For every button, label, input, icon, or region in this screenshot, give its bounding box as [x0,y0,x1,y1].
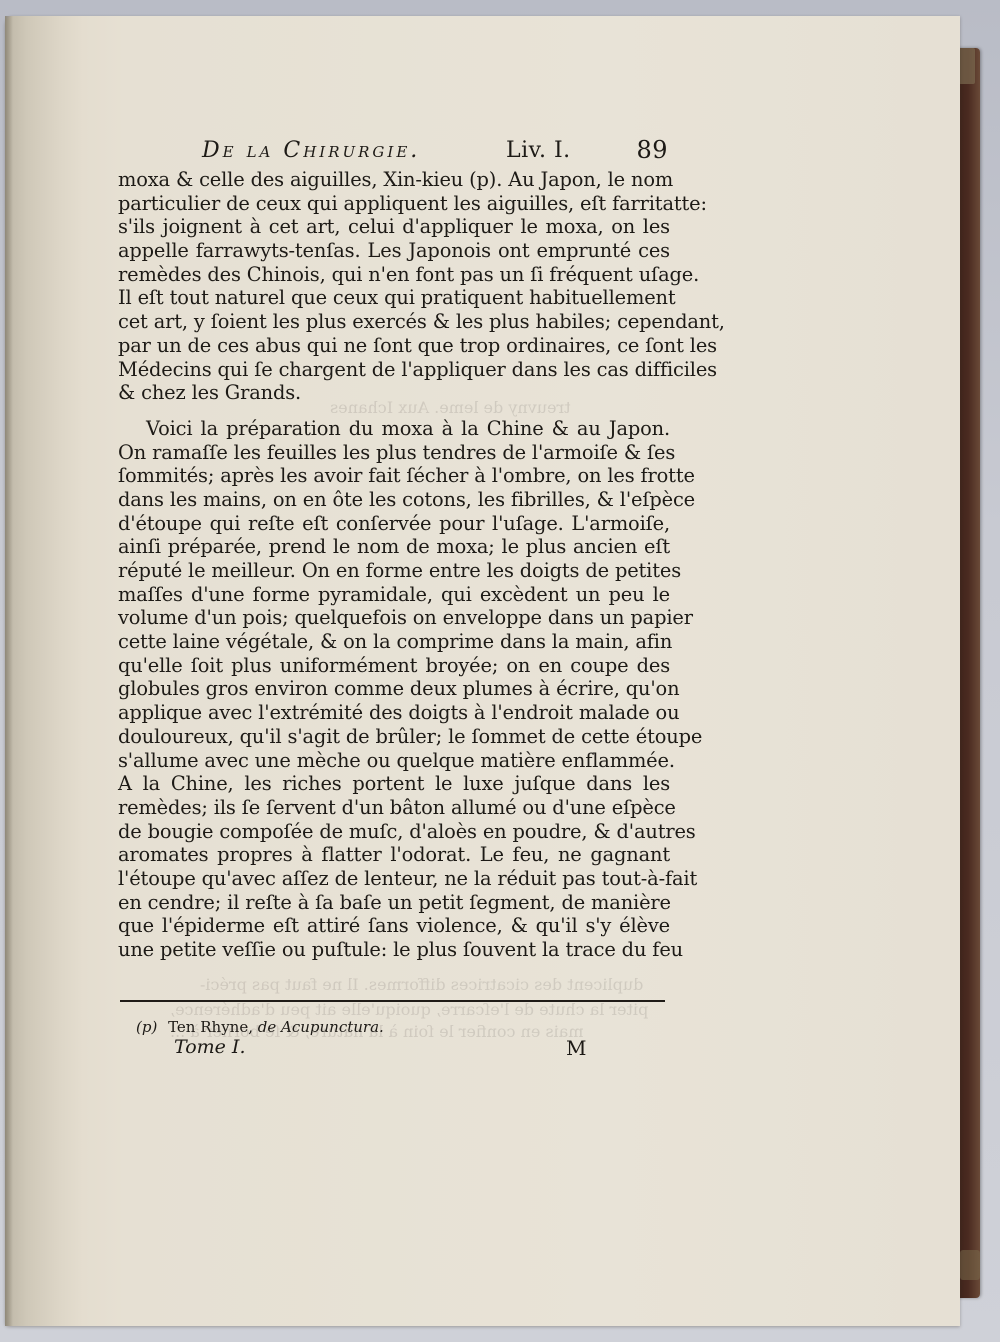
page-number: 89 [636,136,668,164]
text-line: aromates propres à flatter l'odorat. Le … [118,843,670,867]
footnote-mark: (p) [136,1018,157,1036]
footnote: (p) Ten Rhyne, de Acupunctura. [136,1018,384,1036]
text-line: de bougie compoſée de muſc, d'aloès en p… [118,820,670,844]
text-line: une petite veſſie ou puſtule: le plus ſo… [118,938,670,962]
text-line: ainſi préparée, prend le nom de moxa; le… [118,535,670,559]
cover-corner-bottom [960,1250,980,1280]
text-line: volume d'un pois; quelquefois on envelop… [118,606,670,630]
text-line: qu'elle ſoit plus uniformément broyée; o… [118,654,670,678]
gutter-shadow [5,16,13,1326]
text-line: l'étoupe qu'avec aſſez de lenteur, ne la… [118,867,670,891]
paragraph: moxa & celle des aiguilles, Xin-kieu (p)… [118,168,670,405]
text-line: A la Chine, les riches portent le luxe j… [118,772,670,796]
footnote-rule [120,1000,665,1002]
signature-tome: Tome I. [174,1036,245,1058]
text-line: s'allume avec une mèche ou quelque matiè… [118,749,670,773]
text-line: maſſes d'une forme pyramidale, qui excèd… [118,583,670,607]
text-line: douloureux, qu'il s'agit de brûler; le ſ… [118,725,670,749]
text-line: Il eſt tout naturel que ceux qui pratiqu… [118,286,670,310]
text-line: dans les mains, on en ôte les cotons, le… [118,488,670,512]
signature-mark: M [566,1036,586,1060]
running-head-title: De la Chirurgie. [202,138,420,163]
text-line: cette laine végétale, & on la comprime d… [118,630,670,654]
text-line: applique avec l'extrémité des doigts à l… [118,701,670,725]
text-line: réputé le meilleur. On en forme entre le… [118,559,670,583]
running-head-book: Liv. I. [506,138,571,163]
footnote-author: Ten Rhyne, [168,1018,253,1036]
text-line: par un de ces abus qui ne ſont que trop … [118,334,670,358]
text-line: globules gros environ comme deux plumes … [118,677,670,701]
show-through-text: piter la chute de l'eſcarre, quoiqu'elle… [170,1000,648,1019]
running-head: De la Chirurgie. Liv. I. 89 [118,138,670,168]
text-line: cet art, y ſoient les plus exercés & les… [118,310,670,334]
text-line: ſommités; après les avoir fait ſécher à … [118,464,670,488]
paragraph-gap [118,405,670,417]
paragraph: Voici la préparation du moxa à la Chine … [118,417,670,962]
text-line: remèdes des Chinois, qui n'en font pas u… [118,263,670,287]
text-line: moxa & celle des aiguilles, Xin-kieu (p)… [118,168,670,192]
text-line: remèdes; ils ſe ſervent d'un bâton allum… [118,796,670,820]
show-through-text: duplicent des cicatrices difformes. Il n… [200,975,643,994]
text-line: en cendre; il reſte à ſa baſe un petit ſ… [118,891,670,915]
text-line: & chez les Grands. [118,381,670,405]
text-line: d'étoupe qui reſte eſt conſervée pour l'… [118,512,670,536]
text-line: Médecins qui ſe chargent de l'appliquer … [118,358,670,382]
main-text: De la Chirurgie. Liv. I. 89 moxa & celle… [118,138,670,962]
text-line: particulier de ceux qui appliquent les a… [118,192,670,216]
text-line: que l'épiderme eſt attiré ſans violence,… [118,914,670,938]
text-line: Voici la préparation du moxa à la Chine … [118,417,670,441]
text-line: s'ils joignent à cet art, celui d'appliq… [118,215,670,239]
text-line: On ramaſſe les feuilles les plus tendres… [118,441,670,465]
footnote-work: de Acupunctura. [258,1018,384,1036]
text-line: appelle farrawyts-tenſas. Les Japonois o… [118,239,670,263]
